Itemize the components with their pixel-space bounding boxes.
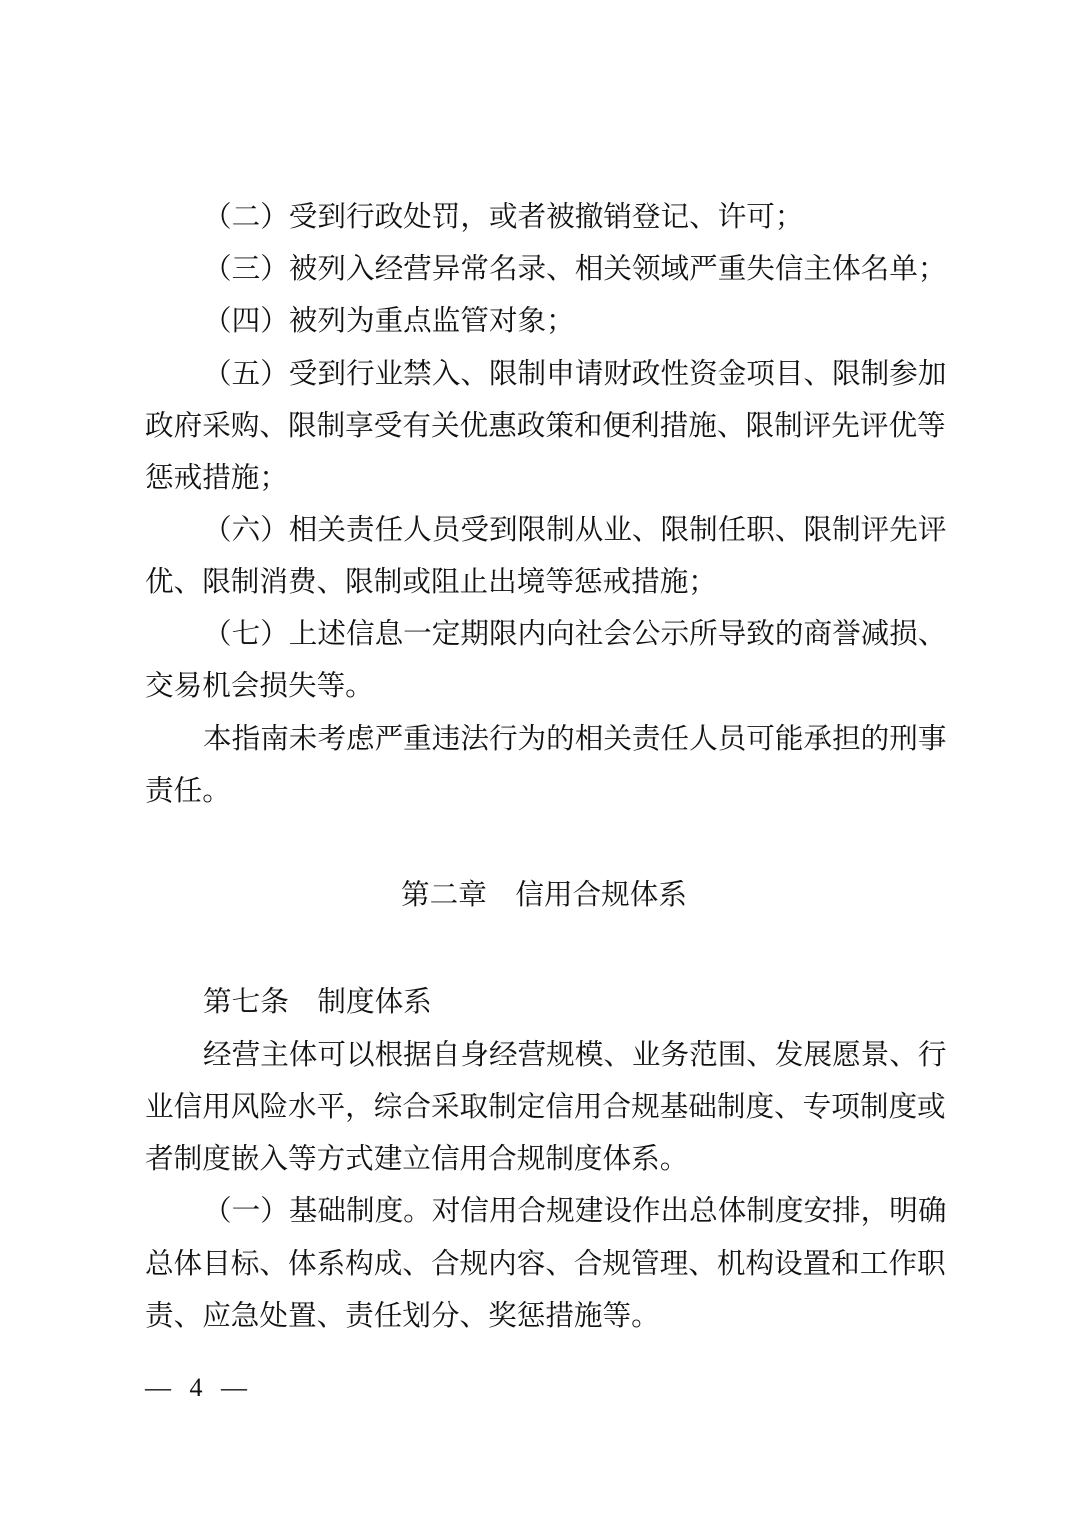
- paragraph-line: 交易机会损失等。: [145, 668, 374, 702]
- paragraph-line: 业信用风险水平，综合采取制定信用合规基础制度、专项制度或: [145, 1089, 946, 1123]
- paragraph-line: 优、限制消费、限制或阻止出境等惩戒措施；: [145, 564, 717, 598]
- paragraph-line: （三）被列入经营异常名录、相关领域严重失信主体名单；: [203, 251, 946, 285]
- paragraph-line: （一）基础制度。对信用合规建设作出总体制度安排，明确: [203, 1193, 946, 1227]
- paragraph-line: 总体目标、体系构成、合规内容、合规管理、机构设置和工作职: [145, 1246, 946, 1280]
- article-heading: 第七条 制度体系: [203, 984, 432, 1018]
- paragraph-line: （四）被列为重点监管对象；: [203, 303, 575, 337]
- paragraph-line: （五）受到行业禁入、限制申请财政性资金项目、限制参加: [203, 356, 946, 390]
- paragraph-line: 惩戒措施；: [145, 460, 288, 494]
- paragraph-line: 责、应急处置、责任划分、奖惩措施等。: [145, 1298, 660, 1332]
- paragraph-line: 政府采购、限制享受有关优惠政策和便利措施、限制评先评优等: [145, 408, 946, 442]
- paragraph-line: 经营主体可以根据自身经营规模、业务范围、发展愿景、行: [203, 1037, 946, 1071]
- paragraph-line: 责任。: [145, 773, 231, 807]
- paragraph-line: 本指南未考虑严重违法行为的相关责任人员可能承担的刑事: [203, 721, 946, 755]
- paragraph-line: （六）相关责任人员受到限制从业、限制任职、限制评先评: [203, 512, 946, 546]
- paragraph-line: （七）上述信息一定期限内向社会公示所导致的商誉减损、: [203, 616, 946, 650]
- page-number: — 4 —: [145, 1373, 253, 1403]
- chapter-heading: 第二章 信用合规体系: [0, 877, 1074, 911]
- paragraph-line: 者制度嵌入等方式建立信用合规制度体系。: [145, 1141, 688, 1175]
- paragraph-line: （二）受到行政处罚，或者被撤销登记、许可；: [203, 199, 803, 233]
